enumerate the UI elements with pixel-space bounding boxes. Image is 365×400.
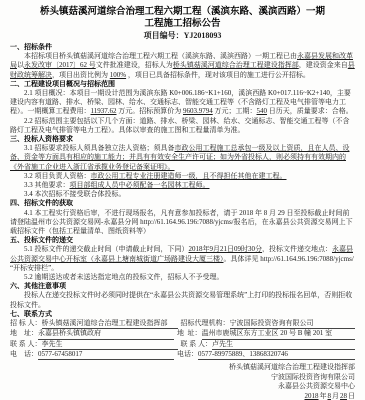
agency-value: 宁波国际投资咨询有限公司 [230, 319, 356, 329]
text-run: 投标人在递交投标文件时必须同时提供在“永嘉县公共资源交易管理系统”上打印的投标报… [10, 291, 352, 308]
body-sections: 一、招标条件本招标项目桥头镇菇溪河道综合治理工程六期工程（溪滨东路、溪滨西路）一… [10, 43, 355, 310]
section-heading: 三、投标人资格要求 [10, 135, 355, 144]
text-run: 以 [17, 61, 24, 69]
tenderer-address-label: 地 址： [10, 329, 38, 338]
underlined-text: 9603.9794 [183, 107, 213, 115]
signature-org-2: 宁波国际投资咨询有限公司 [10, 373, 355, 383]
underlined-text: 100% [110, 71, 126, 79]
agency-phone-label: 电话： [177, 350, 198, 359]
tenderer-label: 招 标 人： [10, 319, 42, 328]
underlined-text: 永发改审〔2017〕62 号 [24, 61, 96, 69]
project-number-label: 项目编号： [144, 31, 184, 40]
text-run: 本招标项目桥头镇菇溪河道综合治理工程六期工程（溪滨东路、溪滨西路）一期工程已由 [24, 52, 297, 60]
text-run: 万元。招标预算价为 [117, 107, 184, 115]
text-run: ，建设资金来自 [299, 61, 348, 69]
text-run: 4.1 本工程实行资格后审，不进行现场报名，凡有意参加投标者，请于 2018 年… [10, 209, 353, 235]
tenderer-value: 桥头镇菇溪河道综合治理工程建设指挥部 [42, 319, 178, 329]
section-heading: 四、招标文件的获取 [10, 199, 355, 208]
project-number: 项目编号：YJ2018093 [10, 30, 355, 41]
paragraph: 3.3 其他要求：项目部组成人员中必须配备一名园林工程师。 [10, 181, 355, 190]
underlined-text: 540 [257, 107, 268, 115]
agency-address-label: 地 址： [177, 329, 202, 338]
tenderer-address-value: 永嘉县桥头镇镇政府 [38, 329, 174, 339]
text-run: 2.2 招标范围主要包括以下几个方面：道路、排水、桥梁、园林、给水、交通标志、智… [10, 117, 350, 134]
paragraph: 5.1 投标文件的递交截止时间（申请截止时间，下同）2018年9月21日09时3… [10, 245, 355, 273]
document-title: 桥头镇菇溪河道综合治理工程六期工程（溪滨东路、溪滨西路）一期 工程施工招标公告 [10, 7, 355, 30]
agency-label: 招标代理机构： [181, 319, 230, 328]
text-run: 万元；工期： [213, 107, 257, 115]
contact-row-person: 联 系 人： 李先生 联 系 人： 卢先生 [10, 340, 355, 350]
text-run: ，投标文件递交地点： [262, 245, 332, 253]
contact-section-heading: 七、联系方式 [10, 310, 355, 319]
tenderer-person-label: 联 系 人： [10, 340, 42, 349]
underlined-text: 市政公用工程专业注册建造师一级，且不得担任其他在建工程。 [91, 172, 287, 180]
agency-phone-value: 0577-89975889、13868320746 [198, 350, 355, 360]
paragraph: 2.2 招标范围主要包括以下几个方面：道路、排水、桥梁、园林、给水、交通标志、智… [10, 117, 355, 135]
contact-section: 招 标 人： 桥头镇菇溪河道综合治理工程建设指挥部 招标代理机构： 宁波国际投资… [10, 319, 355, 360]
contact-row-address: 地 址： 永嘉县桥头镇镇政府 地 址： 温州市鹿城区东方工业区 20 号 B 幢… [10, 329, 355, 339]
paragraph: 2.1 项目概况：本项目一期设计范围为溪滨东路 K0+006.186~K1+16… [10, 89, 355, 117]
text-run: 5.2 逾期送达或者未送达指定地点的投标文件，招标人不予受理。 [24, 273, 224, 281]
tender-announcement-document: 桥头镇菇溪河道综合治理工程六期工程（溪滨东路、溪滨西路）一期 工程施工招标公告 … [0, 0, 365, 400]
underlined-text: 项目部组成人员中必须配备一名园林工程师。 [70, 181, 210, 189]
signature-date: 2018年8月28日 [10, 392, 355, 400]
underlined-text: 11937.62 [91, 107, 117, 115]
section-heading: 一、招标条件 [10, 43, 355, 52]
agency-person-value: 卢先生 [212, 340, 355, 350]
date-month-label: 月 [332, 392, 339, 400]
date-day: 28 [339, 392, 348, 400]
paragraph: 4.1 本工程实行资格后审，不进行现场报名，凡有意参加投标者，请于 2018 年… [10, 209, 355, 237]
underlined-text: 2018年9月21日09时30分 [189, 245, 263, 253]
agency-person-label: 联 系 人： [181, 340, 213, 349]
signature-block: 桥头镇菇溪河道综合治理工程建设指挥部 宁波国际投资咨询有限公司 永嘉县公共资源交… [10, 363, 355, 400]
signature-org-3: 永嘉县公共资源交易中心 [10, 382, 355, 392]
paragraph: 5.2 逾期送达或者未送达指定地点的投标文件，招标人不予受理。 [10, 273, 355, 282]
text-run: 3.3 其他要求： [24, 181, 70, 189]
section-heading: 二、工程建设项目概况与招标范围 [10, 80, 355, 89]
date-day-label: 日 [348, 392, 355, 400]
paragraph: 3.1 招标要求投标人须具备独立法人资格；须具备市政公用工程施工总承包一级及以上… [10, 144, 355, 172]
tenderer-phone-label: 电 话： [10, 350, 38, 359]
date-year: 2018 [304, 392, 320, 400]
signature-org-1: 桥头镇菇溪河道综合治理工程建设指挥部 [10, 363, 355, 373]
date-year-label: 年 [320, 392, 327, 400]
contact-row-tenderer: 招 标 人： 桥头镇菇溪河道综合治理工程建设指挥部 招标代理机构： 宁波国际投资… [10, 319, 355, 329]
title-line-1: 桥头镇菇溪河道综合治理工程六期工程（溪滨东路、溪滨西路）一期 [10, 7, 355, 19]
text-run: 日历天，质量要求：合格。 [267, 107, 353, 115]
text-run: ，项目已具备招标条件，现对该项目的施工进行公开招标。 [126, 71, 310, 79]
text-run: 文件批准建设，招标人为 [96, 61, 173, 69]
text-run: 5.1 投标文件的递交截止时间（申请截止时间，下同） [24, 245, 189, 253]
contact-row-phone: 电 话： 0577-67458017 电话： 0577-89975889、138… [10, 350, 355, 360]
title-line-2: 工程施工招标公告 [10, 19, 355, 31]
text-run: 3.4 本次招标不接受联合体投标。 [24, 190, 126, 198]
text-run: 3.2 项目负责人资格： [24, 172, 91, 180]
paragraph: 投标人在递交投标文件时必须同时提供在“永嘉县公共资源交易管理系统”上打印的投标报… [10, 291, 355, 309]
text-run: ，项目出资比例为 [52, 71, 110, 79]
project-number-value: YJ2018093 [184, 31, 222, 40]
paragraph: 本招标项目桥头镇菇溪河道综合治理工程六期工程（溪滨东路、溪滨西路）一期工程已由永… [10, 52, 355, 80]
agency-address-value: 温州市鹿城区东方工业区 20 号 B 幢 201 室 [202, 329, 356, 339]
paragraph: 3.2 项目负责人资格：市政公用工程专业注册建造师一级，且不得担任其他在建工程。 [10, 172, 355, 181]
text-run: 3.1 招标要求投标人须具备独立法人资格；须具备 [24, 144, 175, 152]
tenderer-phone-value: 0577-67458017 [38, 350, 174, 360]
tenderer-person-value: 李先生 [42, 340, 178, 350]
underlined-text: 桥头镇菇溪河道综合治理工程建设指挥部 [173, 61, 299, 69]
